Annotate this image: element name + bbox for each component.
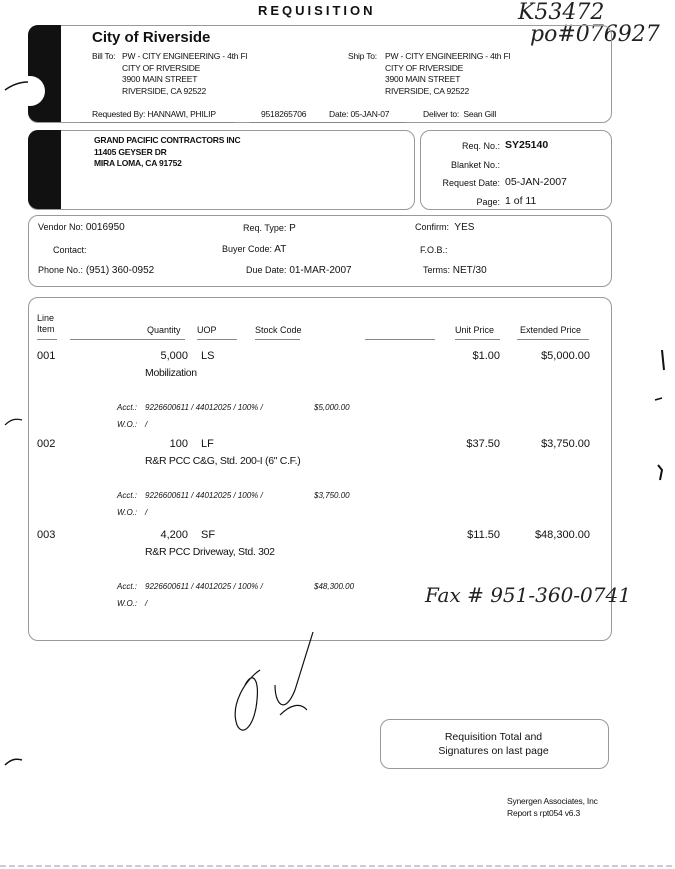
total-note: Requisition Total and Signatures on last…: [380, 730, 607, 758]
report-footer: Synergen Associates, Inc Report s rpt054…: [507, 796, 598, 819]
company-name: Synergen Associates, Inc: [507, 796, 598, 808]
report-id: Report s rpt054 v6.3: [507, 808, 598, 820]
